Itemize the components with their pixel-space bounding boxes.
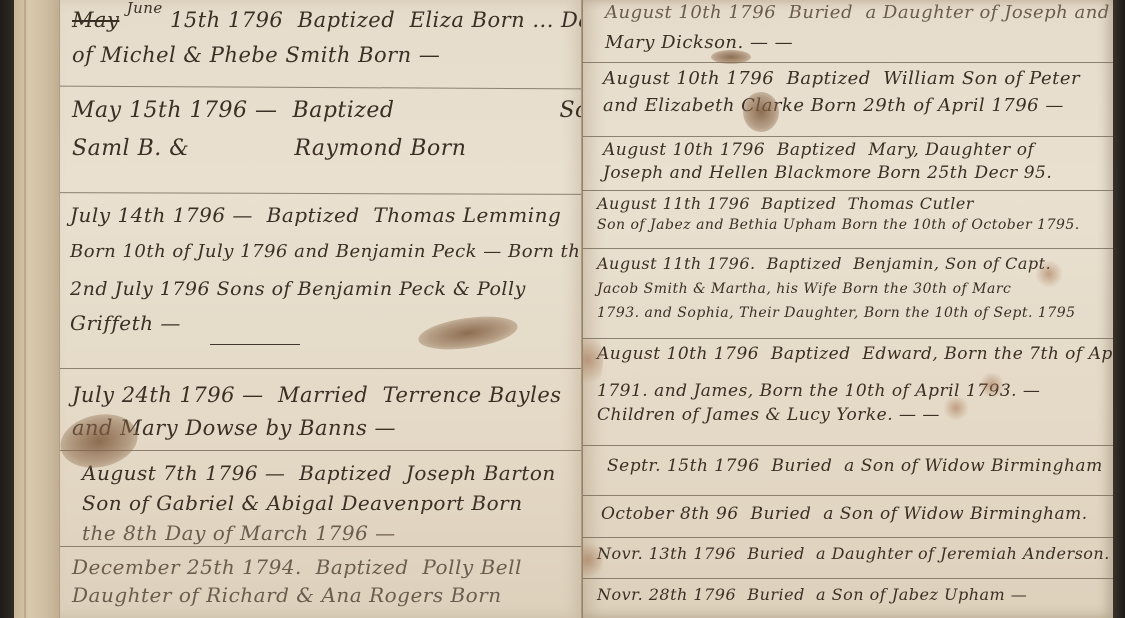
entry-text: 1793. and Sophia, Their Daughter, Born t… <box>597 306 1076 320</box>
register-entry: Novr. 28th 1796 Buried a Son of Jabez Up… <box>597 587 1027 603</box>
entry-text: Mary, Daughter of <box>868 140 1034 160</box>
entry-date: October 8th 96 <box>601 504 739 524</box>
entry-date: August 11th 1796 <box>597 194 750 213</box>
entry-action: Baptized <box>299 461 392 485</box>
entry-text: Edward, Born the 7th of April <box>862 344 1113 364</box>
entry-text: Raymond Born <box>294 136 466 161</box>
entry-action: Buried <box>771 456 832 476</box>
entry-text: Born 10th of July 1796 and Benjamin Peck… <box>70 243 583 261</box>
entry-text: of Michel & Phebe Smith Born — <box>72 45 583 66</box>
entry-action: Married <box>278 383 368 407</box>
entry-date: August 7th 1796 — <box>82 461 285 485</box>
entry-date: 15th 1796 <box>170 8 283 32</box>
entry-text: 1791. and James, Born the 10th of April … <box>597 383 1113 400</box>
register-entry: July 14th 1796 — Baptized Thomas Lemming… <box>70 205 583 333</box>
book-cover-right <box>1113 0 1125 618</box>
foxing-spot <box>981 370 1003 400</box>
entry-text: Mary Dickson. — — <box>605 34 1110 52</box>
foxing-spot <box>1035 260 1063 288</box>
entry-text: the 8th Day of March 1796 — <box>82 523 556 543</box>
register-entry: August 11th 1796. Baptized Benjamin, Son… <box>597 256 1076 320</box>
entry-text: a Son of Widow Birmingham <box>844 456 1103 476</box>
entry-date: August 10th 1796 <box>597 344 759 364</box>
register-entry: August 10th 1796 Baptized William Son of… <box>603 70 1080 115</box>
register-entry: August 10th 1796 Baptized Mary, Daughter… <box>603 142 1052 182</box>
entry-date: July 14th 1796 — <box>70 203 253 227</box>
entry-text: Polly Bell <box>422 555 521 579</box>
ruled-line <box>583 495 1113 496</box>
entry-text: and Elizabeth Clarke Born 29th of April … <box>603 97 1080 115</box>
entry-action: Baptized <box>761 194 836 213</box>
ruled-line <box>583 578 1113 579</box>
ruled-line <box>60 450 583 451</box>
entry-date: August 10th 1796 <box>605 2 776 23</box>
ruled-line <box>583 136 1113 137</box>
entry-text: Daughter of Richard & Ana Rogers Born <box>72 585 522 605</box>
entry-text: 2nd July 1796 Sons of Benjamin Peck & Po… <box>70 280 583 299</box>
entry-text: Terrence Bayles <box>383 383 562 407</box>
entry-date: August 11th 1796. <box>597 254 756 273</box>
ruled-line <box>583 445 1113 446</box>
entry-text: Children of James & Lucy Yorke. — — <box>597 407 1113 424</box>
ink-stain <box>743 92 779 132</box>
entry-action: Baptized <box>316 555 409 579</box>
register-entry: May June 15th 1796 Baptized Eliza Born .… <box>72 10 583 66</box>
entry-text: Thomas Lemming <box>373 203 561 227</box>
entry-action: Baptized <box>771 344 851 364</box>
register-entry: December 25th 1794. Baptized Polly Bell … <box>72 557 522 605</box>
register-entry: October 8th 96 Buried a Son of Widow Bir… <box>601 506 1088 523</box>
ruled-line <box>583 248 1113 249</box>
entry-date: Novr. 28th 1796 <box>597 585 736 604</box>
ruled-line <box>583 338 1113 339</box>
register-entry: August 7th 1796 — Baptized Joseph Barton… <box>82 463 556 543</box>
entry-action: Baptized <box>298 8 396 32</box>
entry-action: Baptized <box>767 254 842 273</box>
entry-text: Joseph Barton <box>406 461 556 485</box>
entry-action: Baptized <box>787 68 871 89</box>
ruled-line <box>60 192 583 195</box>
ruled-line <box>583 537 1113 538</box>
entry-text: William Son of Peter <box>883 68 1080 89</box>
entry-date: May 15th 1796 — <box>72 98 278 123</box>
entry-text: Thomas Cutler <box>848 194 974 213</box>
entry-date: August 10th 1796 <box>603 140 765 160</box>
entry-date-inserted: June <box>127 0 163 17</box>
entry-action: Buried <box>750 504 811 524</box>
book-board-edge <box>14 0 60 618</box>
entry-action: Buried <box>747 585 805 604</box>
entry-text: Son of Jabez and Bethia Upham Born the 1… <box>597 218 1080 232</box>
entry-text: and Mary Dowse by Banns — <box>72 418 562 439</box>
entry-date-struck: May <box>72 8 119 32</box>
entry-date: Septr. 15th 1796 <box>607 456 760 476</box>
left-page: May June 15th 1796 Baptized Eliza Born .… <box>60 0 583 618</box>
entry-date: July 24th 1796 — <box>72 383 264 407</box>
register-entry: Septr. 15th 1796 Buried a Son of Widow B… <box>607 458 1103 475</box>
ruled-line <box>60 368 583 369</box>
entry-text: a Daughter of Jeremiah Anderson. <box>816 544 1110 563</box>
ruled-line <box>583 190 1113 191</box>
entry-date: Novr. 13th 1796 <box>597 544 736 563</box>
register-entry: May 15th 1796 — Baptized Son of Saml B. … <box>72 100 583 160</box>
entry-text: a Son of Jabez Upham — <box>816 585 1027 604</box>
entry-text: Eliza Born ... Daugh <box>410 8 583 32</box>
register-entry: August 11th 1796 Baptized Thomas Cutler … <box>597 196 1080 232</box>
entry-text: Joseph and Hellen Blackmore Born 25th De… <box>603 165 1052 182</box>
register-scan: May June 15th 1796 Baptized Eliza Born .… <box>0 0 1125 618</box>
register-entry: Novr. 13th 1796 Buried a Daughter of Jer… <box>597 546 1110 562</box>
entry-text: Saml B. & <box>72 136 189 161</box>
ruled-line <box>583 62 1113 63</box>
book-cover-left <box>0 0 14 618</box>
register-entry: August 10th 1796 Buried a Daughter of Jo… <box>605 4 1110 52</box>
right-page: August 10th 1796 Buried a Daughter of Jo… <box>583 0 1113 618</box>
entry-text: Son of Gabriel & Abigal Deavenport Born <box>82 493 556 513</box>
entry-action: Buried <box>747 544 805 563</box>
register-entry: July 24th 1796 — Married Terrence Bayles… <box>72 385 562 439</box>
entry-text: a Daughter of Joseph and <box>865 2 1109 23</box>
entry-text: Benjamin, Son of Capt. <box>853 254 1051 273</box>
register-entry: August 10th 1796 Baptized Edward, Born t… <box>597 346 1113 424</box>
entry-action: Baptized <box>777 140 857 160</box>
entry-action: Baptized <box>293 98 395 123</box>
entry-action: Baptized <box>267 203 360 227</box>
ruled-line <box>60 86 583 90</box>
ruled-line <box>60 546 583 547</box>
ink-stain <box>711 50 751 64</box>
entry-text: Jacob Smith & Martha, his Wife Born the … <box>597 282 1076 296</box>
entry-date: December 25th 1794. <box>72 555 302 579</box>
ink-dash <box>210 344 300 345</box>
entry-text: Son of <box>559 98 583 123</box>
entry-text: a Son of Widow Birmingham. <box>823 504 1087 524</box>
entry-date: August 10th 1796 <box>603 68 774 89</box>
foxing-spot <box>943 395 969 421</box>
entry-action: Buried <box>789 2 853 23</box>
